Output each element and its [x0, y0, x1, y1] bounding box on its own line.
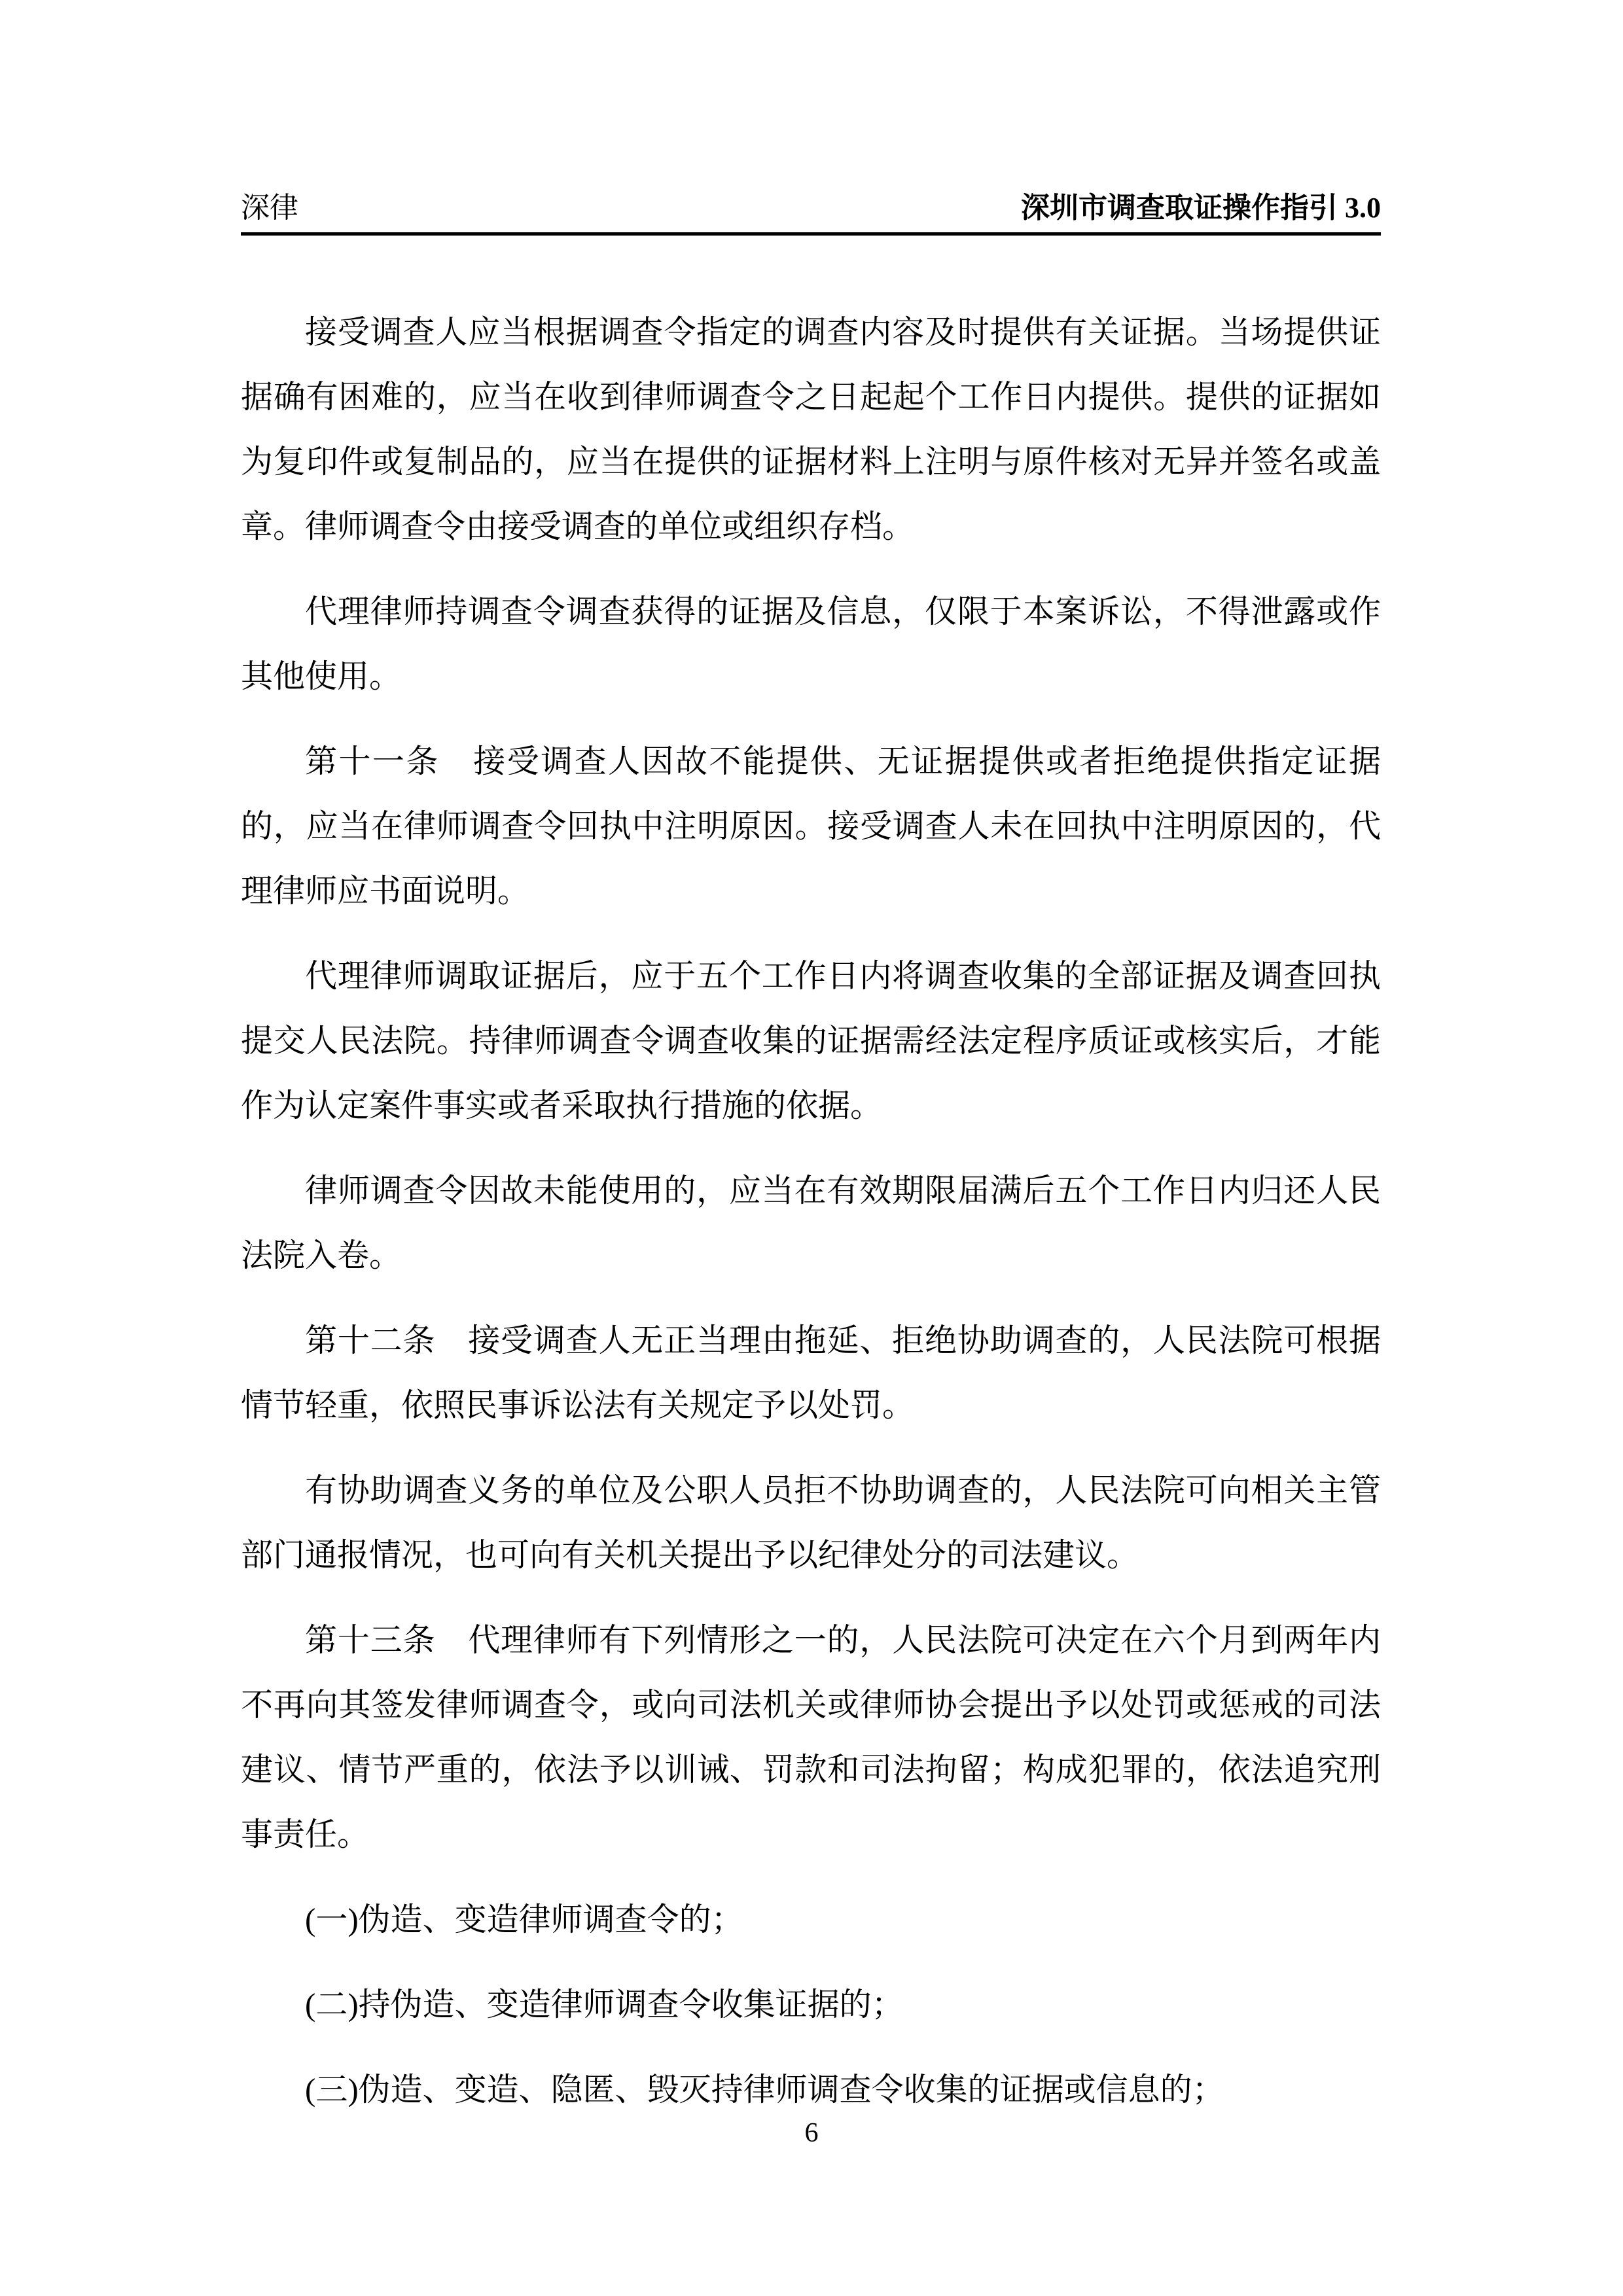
- page: 深律 深圳市调查取证操作指引 3.0 接受调查人应当根据调查令指定的调查内容及时…: [0, 0, 1623, 2296]
- paragraph: 接受调查人应当根据调查令指定的调查内容及时提供有关证据。当场提供证据确有困难的，…: [241, 300, 1381, 559]
- page-footer: 6: [0, 2117, 1623, 2149]
- paragraph: 第十一条 接受调查人因故不能提供、无证据提供或者拒绝提供指定证据的，应当在律师调…: [241, 729, 1381, 923]
- list-item: (二)持伪造、变造律师调查令收集证据的；: [241, 1972, 1381, 2037]
- list-item: (三)伪造、变造、隐匿、毁灭持律师调查令收集的证据或信息的；: [241, 2057, 1381, 2122]
- document-body: 接受调查人应当根据调查令指定的调查内容及时提供有关证据。当场提供证据确有困难的，…: [241, 300, 1381, 2142]
- header-logo-text: 深律: [241, 191, 298, 226]
- paragraph: 代理律师持调查令调查获得的证据及信息，仅限于本案诉讼，不得泄露或作其他使用。: [241, 579, 1381, 709]
- paragraph: 第十二条 接受调查人无正当理由拖延、拒绝协助调查的，人民法院可根据情节轻重，依照…: [241, 1308, 1381, 1438]
- header-document-title: 深圳市调查取证操作指引 3.0: [1021, 191, 1381, 226]
- list-item: (一)伪造、变造律师调查令的；: [241, 1887, 1381, 1952]
- header-rule: [241, 232, 1381, 236]
- page-header: 深律 深圳市调查取证操作指引 3.0: [241, 191, 1381, 226]
- paragraph: 律师调查令因故未能使用的，应当在有效期限届满后五个工作日内归还人民法院入卷。: [241, 1158, 1381, 1288]
- paragraph: 代理律师调取证据后，应于五个工作日内将调查收集的全部证据及调查回执提交人民法院。…: [241, 944, 1381, 1138]
- paragraph: 第十三条 代理律师有下列情形之一的，人民法院可决定在六个月到两年内不再向其签发律…: [241, 1608, 1381, 1867]
- page-number: 6: [805, 2118, 819, 2148]
- paragraph: 有协助调查义务的单位及公职人员拒不协助调查的，人民法院可向相关主管部门通报情况，…: [241, 1458, 1381, 1587]
